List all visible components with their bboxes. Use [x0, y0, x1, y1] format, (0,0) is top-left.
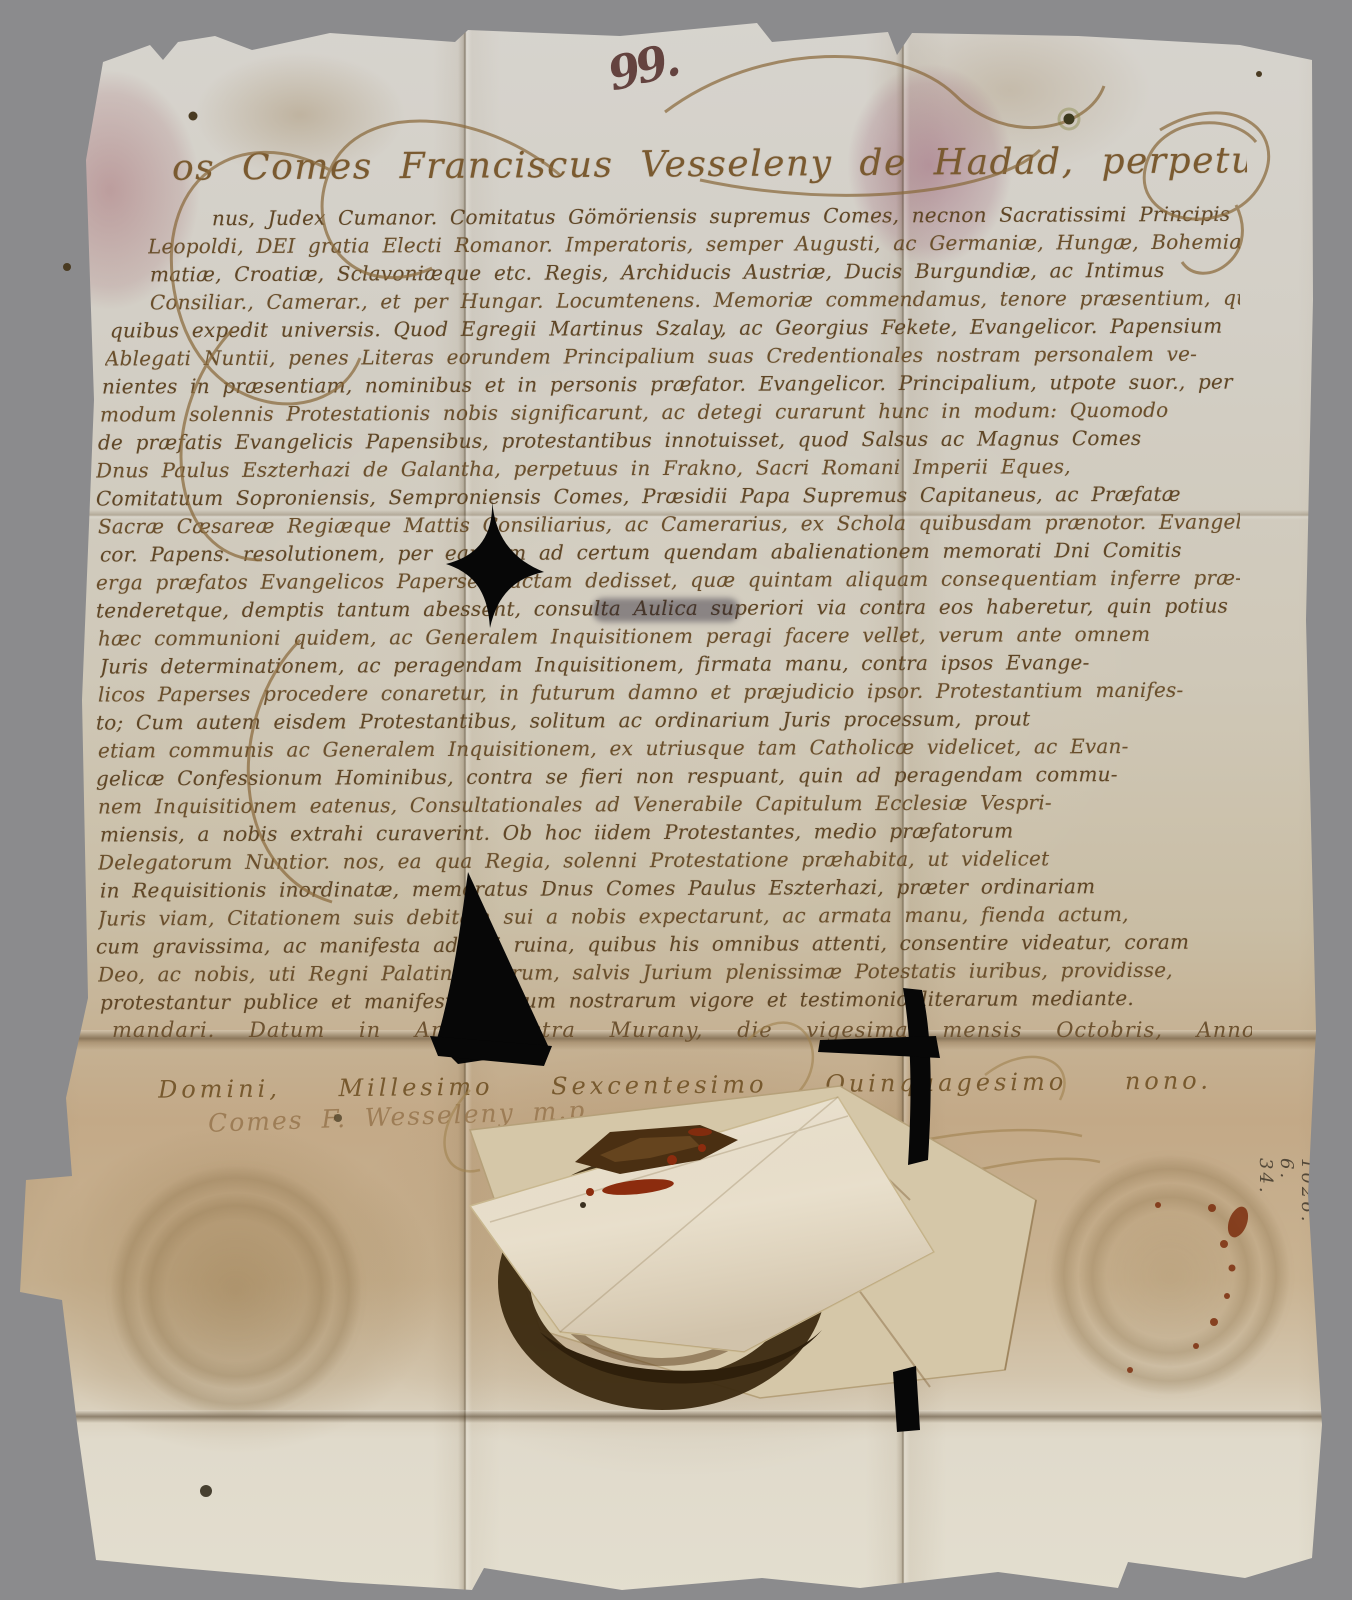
manuscript-line: protestantur publice et manifeste. Harum… — [100, 985, 1240, 1017]
manuscript-line: nem Inquisitionem eatenus, Consultationa… — [98, 789, 1240, 821]
manuscript-line: nus, Judex Cumanor. Comitatus Gömöriensi… — [212, 201, 1240, 232]
manuscript-line: nientes in præsentiam, nominibus et in p… — [102, 369, 1240, 401]
manuscript-line: miensis, a nobis extrahi curaverint. Ob … — [100, 817, 1240, 849]
manuscript-line: Dnus Paulus Eszterhazi de Galantha, perp… — [96, 453, 1240, 485]
manuscript-line: gelicæ Confessionum Hominibus, contra se… — [96, 761, 1240, 793]
manuscript-datum-line: mandari. Datum in Arce nostra Murany, di… — [112, 1016, 1252, 1046]
blind-embossed-seal-left — [105, 1160, 367, 1422]
manuscript-line: quibus expedit universis. Quod Egregii M… — [110, 313, 1240, 345]
manuscript-line: to; Cum autem eisdem Protestantibus, sol… — [96, 705, 1240, 737]
ink-smudge — [592, 598, 740, 622]
manuscript-line: Ablegati Nuntii, penes Literas eorundem … — [105, 341, 1240, 373]
manuscript-line: modum solennis Protestationis nobis sign… — [100, 397, 1240, 429]
parchment-sheet: 99. os Comes Franciscus Vesseleny de Had… — [0, 0, 1352, 1600]
manuscript-line: hæc communioni quidem, ac Generalem Inqu… — [98, 621, 1240, 653]
manuscript-line: Delegatorum Nuntior. nos, ea qua Regia, … — [98, 845, 1240, 877]
manuscript-line: Comitatuum Soproniensis, Semproniensis C… — [96, 481, 1240, 513]
manuscript-line: etiam communis ac Generalem Inquisitione… — [98, 733, 1240, 765]
manuscript-line: Juris determinationem, ac peragendam Inq… — [100, 649, 1240, 681]
manuscript-line: Leopoldi, DEI gratia Electi Romanor. Imp… — [148, 229, 1240, 261]
manuscript-line: Deo, ac nobis, uti Regni Palatino, Rerum… — [98, 957, 1240, 989]
manuscript-line: de præfatis Evangelicis Papensibus, prot… — [98, 425, 1240, 457]
manuscript-line: erga præfatos Evangelicos Paperses facta… — [96, 565, 1240, 597]
manuscript-line: cor. Papens. resolutionem, per eandem ad… — [100, 537, 1240, 569]
manuscript-line: licos Paperses procedere conaretur, in f… — [98, 677, 1240, 709]
manuscript-line: Sacræ Cæsareæ Regiæque Mattis Consiliari… — [98, 509, 1240, 541]
manuscript-line: Juris viam, Citationem suis debitam sui … — [98, 901, 1240, 933]
archival-ink-mark: 99. — [602, 33, 681, 102]
manuscript-line: cum gravissima, ac manifesta ad sui ruin… — [96, 929, 1240, 961]
manuscript-line: Consiliar., Camerar., et per Hungar. Loc… — [150, 285, 1240, 317]
photograph-of-1659-parchment-letter: 99. os Comes Franciscus Vesseleny de Had… — [0, 0, 1352, 1600]
manuscript-line: in Requisitionis inordinatæ, memoratus D… — [100, 873, 1240, 905]
manuscript-line: matiæ, Croatiæ, Sclavoniæque etc. Regis,… — [150, 257, 1240, 289]
manuscript-opening-line: os Comes Franciscus Vesseleny de Hadad, … — [172, 132, 1247, 202]
archival-shelfmark-vertical: 1026. 6. 34. — [1255, 1158, 1318, 1225]
manuscript-date-line: Domini, Millesimo Sexcentesimo Quinquage… — [158, 1063, 1232, 1108]
